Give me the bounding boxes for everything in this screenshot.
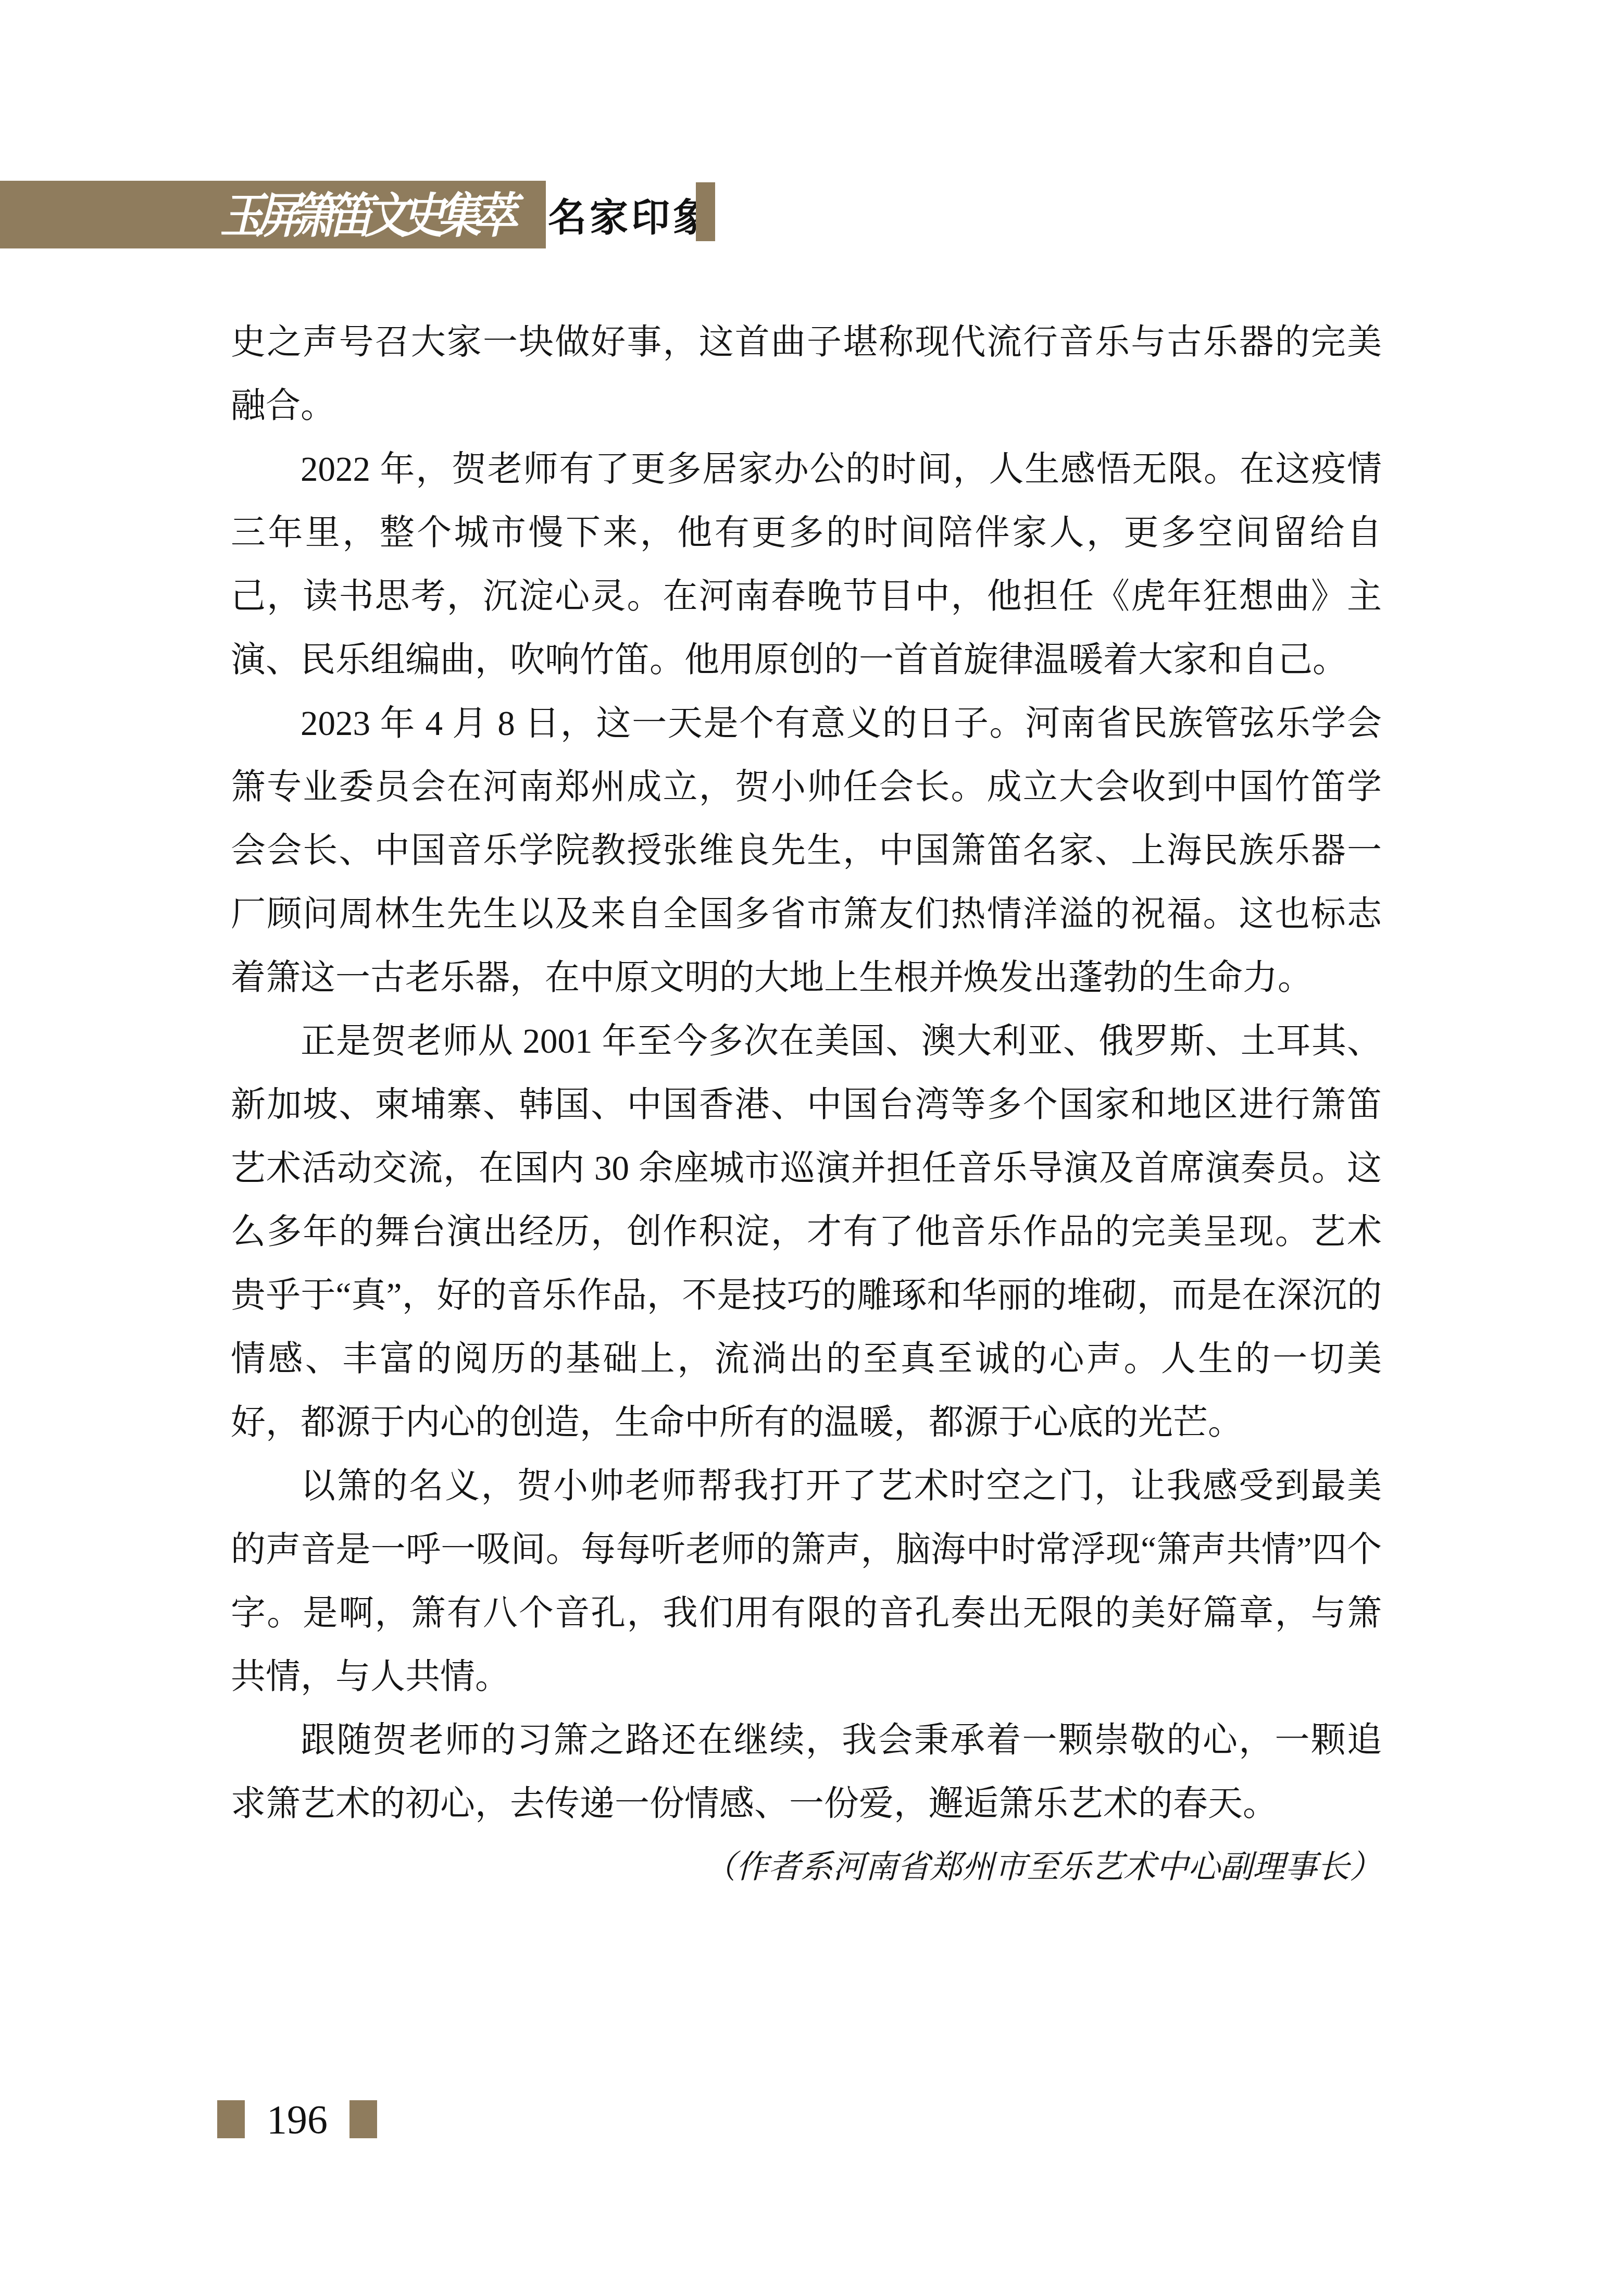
book-page: 玉屏箫笛文史集萃 名家印象 史之声号召大家一块做好事，这首曲子堪称现代流行音乐与… bbox=[0, 0, 1624, 2269]
footer-right-square bbox=[349, 2100, 377, 2138]
article-body: 史之声号召大家一块做好事，这首曲子堪称现代流行音乐与古乐器的完美融合。 2022… bbox=[231, 310, 1382, 1899]
paragraph-continued: 史之声号召大家一块做好事，这首曲子堪称现代流行音乐与古乐器的完美融合。 bbox=[231, 310, 1382, 438]
page-footer: 196 bbox=[217, 2100, 377, 2138]
page-number: 196 bbox=[267, 2100, 328, 2138]
paragraph: 2023 年 4 月 8 日，这一天是个有意义的日子。河南省民族管弦乐学会箫专业… bbox=[231, 692, 1382, 1009]
author-note: （作者系河南省郑州市至乐艺术中心副理事长） bbox=[231, 1836, 1382, 1899]
section-label: 名家印象 bbox=[548, 181, 715, 248]
paragraph: 以箫的名义，贺小帅老师帮我打开了艺术时空之门，让我感受到最美的声音是一呼一吸间。… bbox=[231, 1454, 1382, 1709]
paragraph: 正是贺老师从 2001 年至今多次在美国、澳大利亚、俄罗斯、土耳其、新加坡、柬埔… bbox=[231, 1009, 1382, 1454]
banner-accent-block bbox=[696, 182, 715, 241]
paragraph: 跟随贺老师的习箫之路还在继续，我会秉承着一颗崇敬的心，一颗追求箫艺术的初心，去传… bbox=[231, 1709, 1382, 1836]
banner-calligraphy-title: 玉屏箫笛文史集萃 bbox=[220, 178, 517, 246]
footer-left-square bbox=[217, 2100, 245, 2138]
paragraph: 2022 年，贺老师有了更多居家办公的时间，人生感悟无限。在这疫情三年里，整个城… bbox=[231, 438, 1382, 692]
header-banner: 玉屏箫笛文史集萃 bbox=[0, 181, 546, 248]
